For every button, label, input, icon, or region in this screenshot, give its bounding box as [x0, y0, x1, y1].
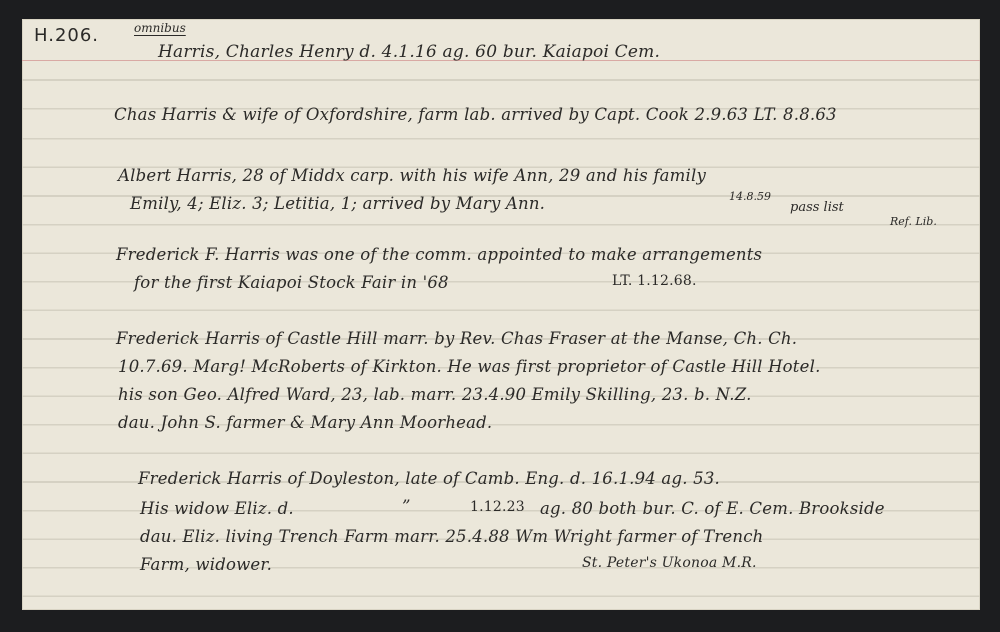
entry-3-line-2: for the first Kaiapoi Stock Fair in '68: [134, 273, 449, 292]
entry-3-reference: LT. 1.12.68.: [612, 273, 697, 289]
entry-5-line-4: Farm, widower.: [140, 555, 272, 574]
entry-2-pass-list: pass list: [790, 200, 844, 215]
catalogue-number: H.206.: [34, 25, 99, 46]
entry-5-line-3: dau. Eliz. living Trench Farm marr. 25.4…: [140, 527, 764, 546]
entry-4-line-4: dau. John S. farmer & Mary Ann Moorhead.: [118, 413, 492, 432]
entry-5-ditto-mark: ”: [402, 497, 411, 516]
entry-2-superscript-date: 14.8.59: [729, 190, 771, 203]
entry-2-ref-lib: Ref. Lib.: [890, 215, 937, 228]
entry-5-line-2-rest: ag. 80 both bur. C. of E. Cem. Brookside: [540, 499, 885, 518]
entry-5-line-2: His widow Eliz. d.: [140, 499, 294, 518]
entry-4-line-1: Frederick Harris of Castle Hill marr. by…: [116, 329, 797, 348]
entry-5-source: St. Peter's Ukonoa M.R.: [582, 555, 757, 571]
entry-1-line-1: Chas Harris & wife of Oxfordshire, farm …: [114, 105, 837, 124]
entry-4-line-2: 10.7.69. Marg! McRoberts of Kirkton. He …: [118, 357, 821, 376]
entry-4-line-3: his son Geo. Alfred Ward, 23, lab. marr.…: [118, 385, 752, 404]
header-note-omnibus: omnibus: [134, 21, 186, 35]
index-card: H.206. omnibus Harris, Charles Henry d. …: [22, 19, 980, 610]
entry-2-line-1: Albert Harris, 28 of Middx carp. with hi…: [118, 166, 706, 185]
entry-5-line-1: Frederick Harris of Doyleston, late of C…: [138, 469, 720, 488]
entry-3-line-1: Frederick F. Harris was one of the comm.…: [116, 245, 762, 264]
entry-5-line-2-date: 1.12.23: [470, 499, 525, 515]
entry-2-line-2: Emily, 4; Eliz. 3; Letitia, 1; arrived b…: [130, 194, 545, 213]
card-heading: Harris, Charles Henry d. 4.1.16 ag. 60 b…: [158, 42, 660, 62]
